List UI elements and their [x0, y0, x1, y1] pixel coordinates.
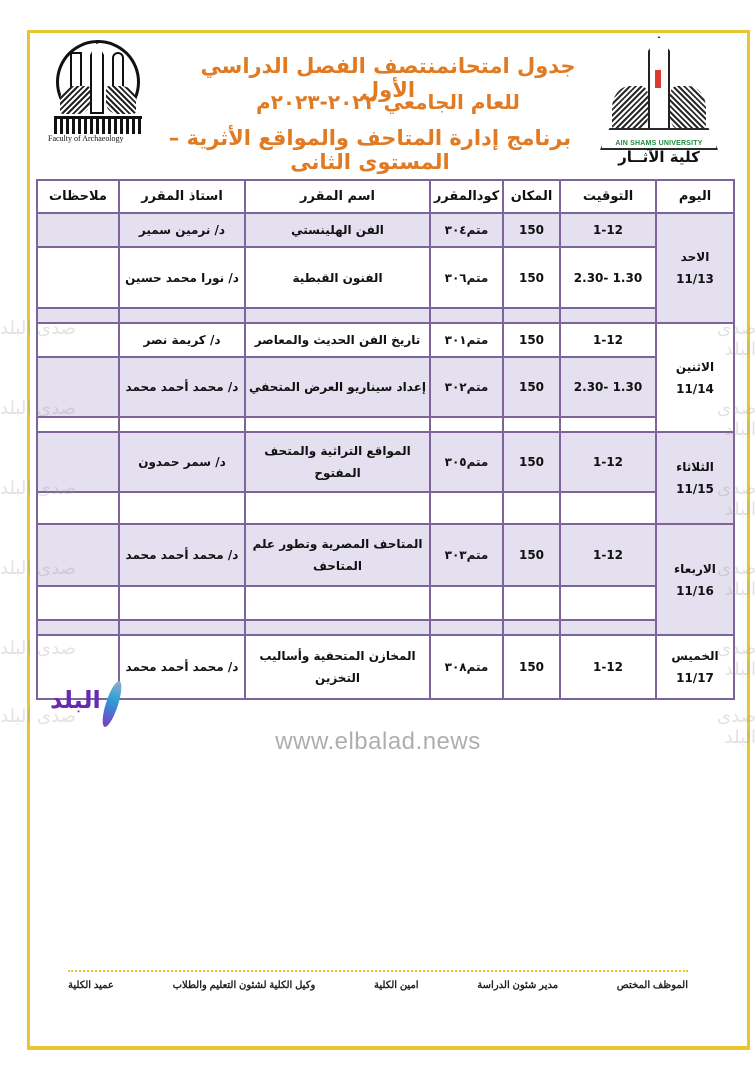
- time-cell: 1-12: [560, 524, 656, 586]
- signature-faculty-secretary: امين الكلية: [374, 980, 419, 991]
- day-cell: الخميس 11/17: [656, 635, 734, 699]
- instructor-cell: د/ نرمين سمير: [119, 213, 245, 247]
- notes-cell: [37, 417, 119, 432]
- course-code-cell: متم٣٠٨: [430, 635, 503, 699]
- place-cell: 150: [503, 357, 560, 417]
- notes-cell: [37, 620, 119, 635]
- academic-year: للعام الجامعي ٢٠٢٢-٢٠٢٣م: [188, 90, 588, 114]
- course-name-cell: [245, 492, 430, 524]
- faculty-name: كلية الآثــار: [598, 148, 720, 166]
- time-cell: [560, 417, 656, 432]
- signature-dean: عميد الكلية: [68, 980, 114, 991]
- day-name: الاربعاء: [657, 558, 733, 580]
- instructor-cell: [119, 492, 245, 524]
- table-row-empty: [37, 308, 734, 323]
- signature-employee: الموظف المختص: [617, 980, 688, 991]
- instructor-cell: د/ كريمة نصر: [119, 323, 245, 357]
- table-row: 1.30 -2.30 150 متم٣٠٦ الفنون القبطية د/ …: [37, 247, 734, 308]
- time-cell: 1-12: [560, 323, 656, 357]
- notes-cell: [37, 213, 119, 247]
- day-cell: الاثنين 11/14: [656, 323, 734, 432]
- day-date: 11/16: [657, 580, 733, 602]
- university-name: AIN SHAMS UNIVERSITY: [604, 140, 714, 147]
- course-code-cell: [430, 308, 503, 323]
- column-header-course-name: اسم المقرر: [245, 180, 430, 213]
- instructor-cell: [119, 620, 245, 635]
- notes-cell: [37, 247, 119, 308]
- table-row-empty: [37, 620, 734, 635]
- table-row: الاربعاء 11/16 1-12 150 متم٣٠٣ المتاحف ا…: [37, 524, 734, 586]
- place-cell: [503, 492, 560, 524]
- course-name-cell: إعداد سيناريو العرض المتحفي: [245, 357, 430, 417]
- course-name-cell: الفنون القبطية: [245, 247, 430, 308]
- course-name-cell: المتاحف المصرية وتطور علم المتاحف: [245, 524, 430, 586]
- place-cell: 150: [503, 432, 560, 492]
- table-row: 1.30 -2.30 150 متم٣٠٢ إعداد سيناريو العر…: [37, 357, 734, 417]
- logo-base-shape: [54, 116, 142, 134]
- signature-vice-dean: وكيل الكلية لشئون التعليم والطلاب: [173, 980, 316, 991]
- signature-studies-director: مدير شئون الدراسة: [477, 980, 558, 991]
- course-name-cell: [245, 586, 430, 620]
- program-level: برنامج إدارة المتاحف والمواقع الأثرية – …: [140, 126, 600, 174]
- falcon-icon: [670, 86, 706, 130]
- course-code-cell: متم٣٠٤: [430, 213, 503, 247]
- course-code-cell: متم٣٠٣: [430, 524, 503, 586]
- notes-cell: [37, 492, 119, 524]
- day-date: 11/17: [657, 667, 733, 689]
- table-header-row: اليوم التوقيت المكان كودالمقرر اسم المقر…: [37, 180, 734, 213]
- place-cell: [503, 620, 560, 635]
- falcon-icon: [60, 86, 90, 114]
- time-cell: 1.30 -2.30: [560, 247, 656, 308]
- day-date: 11/14: [657, 378, 733, 400]
- column-header-notes: ملاحظات: [37, 180, 119, 213]
- ankh-icon: [655, 70, 661, 88]
- course-name-cell: الفن الهلينستي: [245, 213, 430, 247]
- place-cell: 150: [503, 323, 560, 357]
- day-name: الثلاثاء: [657, 456, 733, 478]
- notes-cell: [37, 432, 119, 492]
- course-name-cell: المواقع التراثية والمتحف المفتوح: [245, 432, 430, 492]
- notes-cell: [37, 357, 119, 417]
- notes-cell: [37, 308, 119, 323]
- course-code-cell: [430, 586, 503, 620]
- time-cell: [560, 308, 656, 323]
- instructor-cell: د/ نورا محمد حسين: [119, 247, 245, 308]
- table-row: الثلاثاء 11/15 1-12 150 متم٣٠٥ المواقع ا…: [37, 432, 734, 492]
- day-cell: الاحد 11/13: [656, 213, 734, 323]
- notes-cell: [37, 524, 119, 586]
- ain-shams-university-logo: AIN SHAMS UNIVERSITY كلية الآثــار: [598, 36, 720, 166]
- course-name-cell: تاريخ الفن الحديث والمعاصر: [245, 323, 430, 357]
- course-code-cell: [430, 492, 503, 524]
- instructor-cell: [119, 417, 245, 432]
- falcon-icon: [612, 86, 648, 130]
- table-row: الاحد 11/13 1-12 150 متم٣٠٤ الفن الهلينس…: [37, 213, 734, 247]
- time-cell: [560, 620, 656, 635]
- watermark-url: www.elbalad.news: [0, 728, 756, 756]
- course-name-cell: [245, 308, 430, 323]
- place-cell: [503, 308, 560, 323]
- course-code-cell: متم٣٠٥: [430, 432, 503, 492]
- time-cell: 1.30 -2.30: [560, 357, 656, 417]
- course-code-cell: [430, 417, 503, 432]
- exam-schedule-table: اليوم التوقيت المكان كودالمقرر اسم المقر…: [36, 179, 735, 700]
- table-row: الاثنين 11/14 1-12 150 متم٣٠١ تاريخ الفن…: [37, 323, 734, 357]
- day-date: 11/13: [657, 268, 733, 290]
- signature-row: الموظف المختص مدير شئون الدراسة امين الك…: [68, 980, 688, 991]
- obelisk-icon: [90, 42, 104, 114]
- place-cell: 150: [503, 213, 560, 247]
- day-name: الاثنين: [657, 356, 733, 378]
- course-code-cell: متم٣٠٦: [430, 247, 503, 308]
- instructor-cell: د/ محمد أحمد محمد: [119, 635, 245, 699]
- place-cell: 150: [503, 247, 560, 308]
- place-cell: [503, 417, 560, 432]
- table-row: الخميس 11/17 1-12 150 متم٣٠٨ المخازن الم…: [37, 635, 734, 699]
- table-row-empty: [37, 586, 734, 620]
- instructor-cell: د/ سمر حمدون: [119, 432, 245, 492]
- table-row-empty: [37, 417, 734, 432]
- instructor-cell: د/ محمد أحمد محمد: [119, 357, 245, 417]
- column-header-course-code: كودالمقرر: [430, 180, 503, 213]
- column-header-place: المكان: [503, 180, 560, 213]
- time-cell: 1-12: [560, 635, 656, 699]
- course-name-cell: [245, 417, 430, 432]
- notes-cell: [37, 323, 119, 357]
- course-code-cell: [430, 620, 503, 635]
- course-name-cell: المخازن المتحفية وأساليب التخزين: [245, 635, 430, 699]
- swoosh-icon: [99, 679, 125, 728]
- table-row-empty: [37, 492, 734, 524]
- time-cell: 1-12: [560, 213, 656, 247]
- signature-divider: [68, 970, 688, 972]
- day-cell: الثلاثاء 11/15: [656, 432, 734, 524]
- time-cell: [560, 492, 656, 524]
- place-cell: 150: [503, 635, 560, 699]
- column-header-time: التوقيت: [560, 180, 656, 213]
- day-name: الخميس: [657, 645, 733, 667]
- elbalad-logo: البلد: [50, 680, 126, 730]
- day-name: الاحد: [657, 246, 733, 268]
- time-cell: [560, 586, 656, 620]
- notes-cell: [37, 586, 119, 620]
- elbalad-logo-text: البلد: [50, 686, 101, 714]
- instructor-cell: [119, 586, 245, 620]
- column-header-instructor: استاذ المقرر: [119, 180, 245, 213]
- column-header-day: اليوم: [656, 180, 734, 213]
- course-code-cell: متم٣٠١: [430, 323, 503, 357]
- falcon-icon: [106, 86, 136, 114]
- instructor-cell: [119, 308, 245, 323]
- day-date: 11/15: [657, 478, 733, 500]
- place-cell: [503, 586, 560, 620]
- instructor-cell: د/ محمد أحمد محمد: [119, 524, 245, 586]
- course-name-cell: [245, 620, 430, 635]
- day-cell: الاربعاء 11/16: [656, 524, 734, 635]
- place-cell: 150: [503, 524, 560, 586]
- course-code-cell: متم٣٠٢: [430, 357, 503, 417]
- time-cell: 1-12: [560, 432, 656, 492]
